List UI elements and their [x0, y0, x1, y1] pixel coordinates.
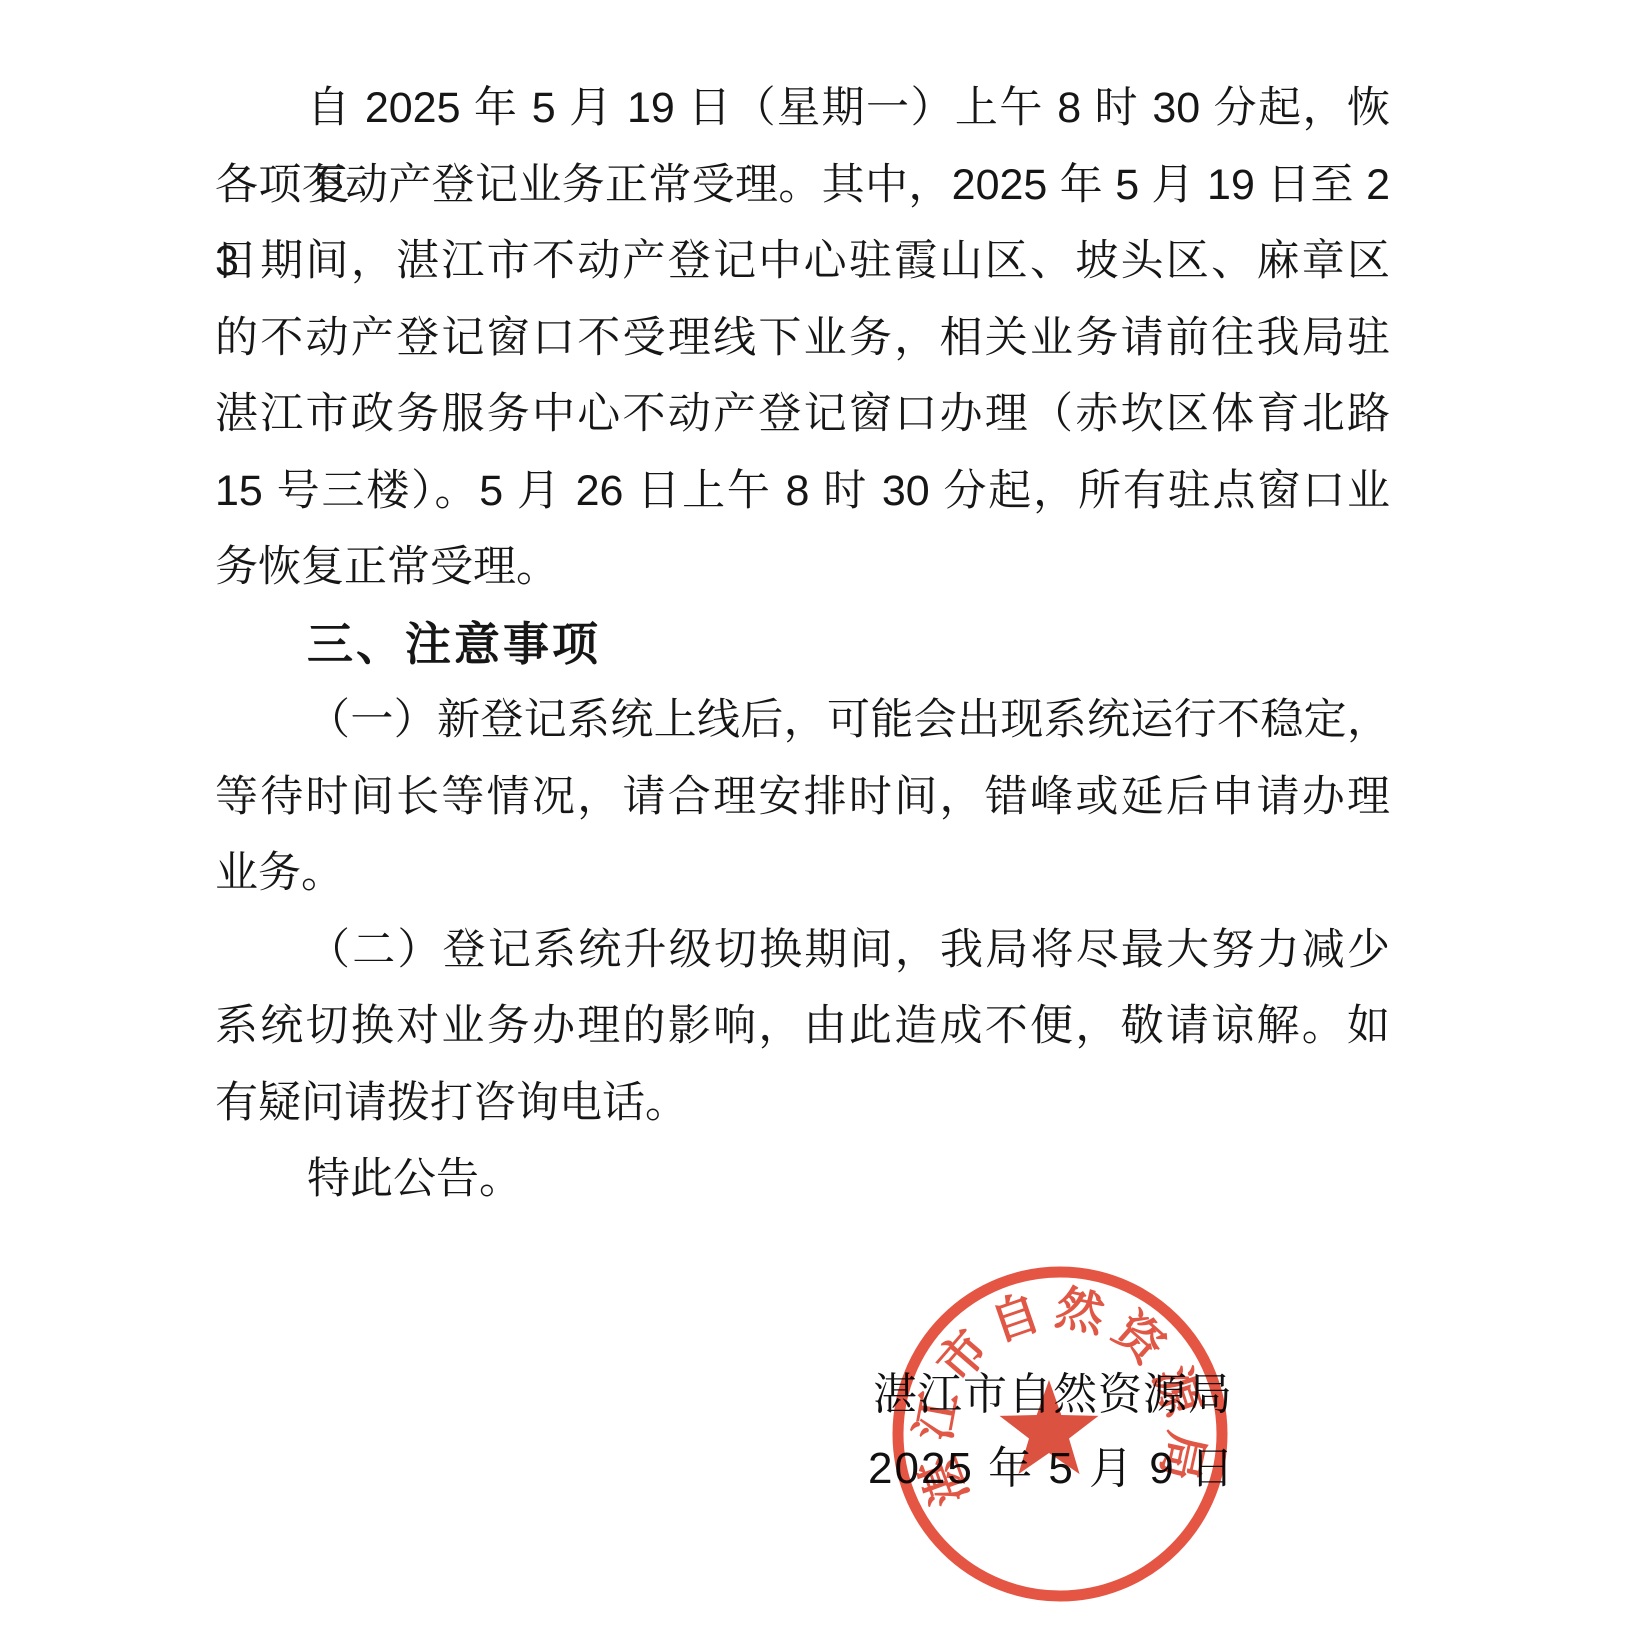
signature-date: 2025 年 5 月 9 日 — [868, 1447, 1236, 1491]
body-line: 务恢复正常受理。 — [215, 529, 1390, 606]
body-line: （二）登记系统升级切换期间，我局将尽最大努力减少 — [215, 912, 1390, 989]
closing-line: 特此公告。 — [215, 1141, 1390, 1218]
body-line: 各项不动产登记业务正常受理。其中，2025 年 5 月 19 日至 23 — [215, 147, 1390, 224]
body-line: 的不动产登记窗口不受理线下业务，相关业务请前往我局驻 — [215, 300, 1390, 377]
signature-agency: 湛江市自然资源局 — [873, 1373, 1233, 1417]
scanned-notice-page: { "page": { "background": "#ffffff", "te… — [0, 0, 1650, 1640]
body-line: 业务。 — [215, 835, 1390, 912]
body-line: （一）新登记系统上线后，可能会出现系统运行不稳定， — [215, 682, 1390, 759]
body-line: 系统切换对业务办理的影响，由此造成不便，敬请谅解。如 — [215, 988, 1390, 1065]
body-line: 有疑问请拨打咨询电话。 — [215, 1065, 1390, 1142]
body-line: 湛江市政务服务中心不动产登记窗口办理（赤坎区体育北路 — [215, 376, 1390, 453]
body-line: 自 2025 年 5 月 19 日（星期一）上午 8 时 30 分起，恢复 — [215, 70, 1390, 147]
official-seal: 湛江市自然资源局 — [880, 1254, 1240, 1614]
section-heading: 三、注意事项 — [215, 606, 1390, 683]
body-line: 日期间，湛江市不动产登记中心驻霞山区、坡头区、麻章区 — [215, 223, 1390, 300]
body-line: 等待时间长等情况，请合理安排时间，错峰或延后申请办理 — [215, 759, 1390, 836]
body-line: 15 号三楼）。5 月 26 日上午 8 时 30 分起，所有驻点窗口业 — [215, 453, 1390, 530]
document-body: 自 2025 年 5 月 19 日（星期一）上午 8 时 30 分起，恢复 各项… — [215, 70, 1390, 1218]
